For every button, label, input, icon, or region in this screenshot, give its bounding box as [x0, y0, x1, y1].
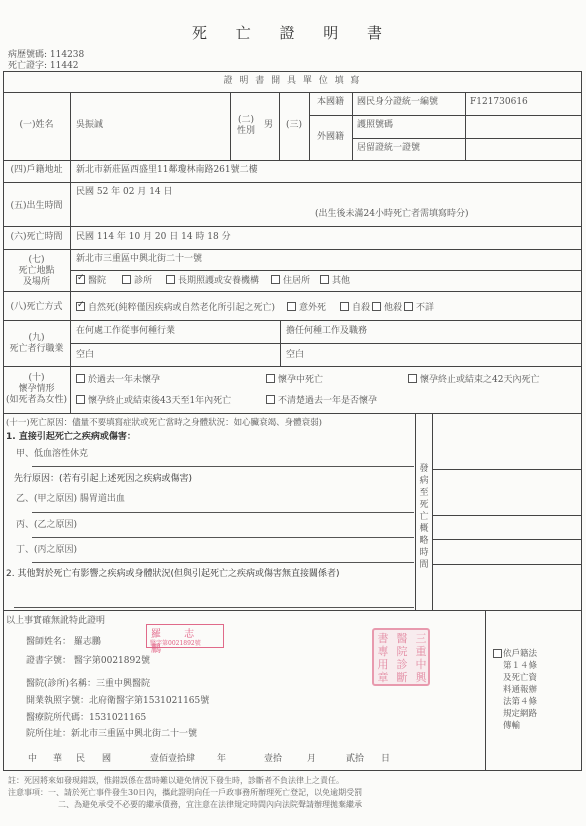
hospital-seal: 三 重 中 興 醫 院 診 斷 書 專 用 章	[372, 628, 430, 686]
national-id-value: F121730616	[470, 97, 528, 108]
cause-a-value: 低血溶性休克	[34, 449, 88, 460]
cause-c-value: (乙之原因)	[34, 520, 77, 531]
nationality-label: (三)	[279, 120, 309, 131]
checkbox[interactable]	[76, 374, 85, 383]
job-header: 擔任何種工作及職務	[286, 326, 367, 337]
checkbox[interactable]	[266, 374, 275, 383]
death-time-value: 民國 114 年 10 月 20 日 14 時 18 分	[76, 232, 231, 243]
pregnancy-option-within-42-days[interactable]: 懷孕終止或結束之42天內死亡	[408, 374, 539, 386]
sex-value: 男	[264, 120, 273, 131]
pregnancy-label-3: (如死者為女性)	[0, 395, 73, 406]
date-char-4: 國	[102, 754, 111, 765]
manner-option-accident[interactable]: 意外死	[287, 302, 326, 314]
footer-note-3: 二、為避免承受不必要的繼承債務，宜注意在法律規定時間內向法院聲請辦理拋棄繼承	[58, 800, 362, 810]
birth-label: (五)出生時間	[3, 201, 70, 212]
date-year-unit: 年	[217, 754, 226, 765]
residence-id-label: 居留證統一證號	[357, 143, 420, 154]
date-char-3: 民	[76, 754, 85, 765]
hospital-address: 院所住址：新北市三重區中興北街二十一號	[26, 729, 197, 740]
cause-direct-title: 1. 直接引起死亡之疾病或傷害：	[6, 432, 136, 443]
address-value: 新北市新莊區西盛里11鄰瓊林南路261號二樓	[76, 165, 258, 176]
checkbox[interactable]	[493, 649, 502, 658]
occupation-label-2: 死亡者行職業	[3, 344, 70, 355]
job-value: 空白	[286, 350, 304, 361]
hospital-code: 醫療院所代碼：1531021165	[26, 713, 146, 724]
pregnancy-option-unknown[interactable]: 不清楚過去一年是否懷孕	[266, 395, 377, 407]
checkbox[interactable]	[266, 395, 275, 404]
foreign-label: 外國籍	[309, 132, 352, 143]
cause-d-label: 丁、	[16, 545, 34, 556]
footer-note-2: 注意事項：一、請於死亡事件發生30日內，攜此證明向任一戶政事務所辦理死亡登記，以…	[8, 788, 362, 798]
sex-label-bottom: 性別	[237, 126, 255, 137]
checkbox[interactable]	[340, 302, 349, 311]
place-option-clinic[interactable]: 診所	[122, 275, 152, 287]
date-month: 壹拾	[264, 754, 282, 765]
death-time-label: (六)死亡時間	[3, 232, 70, 243]
date-day-unit: 日	[381, 754, 390, 765]
checkbox[interactable]	[166, 275, 175, 284]
checkbox[interactable]	[320, 275, 329, 284]
industry-header: 在何處工作從事何種行業	[76, 326, 175, 337]
industry-value: 空白	[76, 350, 94, 361]
place-option-care-facility[interactable]: 長期照護或安養機構	[166, 275, 259, 287]
occupation-label-1: (九)	[3, 333, 70, 344]
cause-b-value: (甲之原因) 腸胃道出血	[34, 494, 125, 505]
name-label: (一)姓名	[3, 120, 70, 131]
death-place-label-1: (七)	[3, 255, 70, 266]
hospital-name: 醫院(診所)名稱：三重中興醫院	[26, 679, 150, 690]
doctor-name: 醫師姓名： 羅志鵬	[26, 637, 101, 648]
certification-statement: 以上事實確無訛特此證明	[6, 616, 105, 627]
checkbox[interactable]	[76, 395, 85, 404]
place-option-hospital[interactable]: 醫院	[76, 275, 106, 287]
interval-label: 發病至死亡概略時間	[418, 463, 430, 571]
license-number: 證書字號： 醫字第0021892號	[26, 656, 150, 667]
cause-b-label: 乙、	[16, 494, 34, 505]
death-manner-label: (八)死亡方式	[3, 302, 70, 313]
national-id-label: 國民身分證統一編號	[357, 97, 438, 108]
manner-option-natural[interactable]: 自然死(純粹僅因疾病或自然老化所引起之死亡)	[76, 302, 275, 314]
business-license: 開業執照字號：北府衛醫字第1531021165號	[26, 696, 209, 707]
checkbox[interactable]	[287, 302, 296, 311]
checkbox[interactable]	[76, 302, 85, 311]
cause-c-label: 丙、	[16, 520, 34, 531]
cause-a-label: 甲、	[16, 449, 34, 460]
checkbox[interactable]	[271, 275, 280, 284]
doctor-stamp: 羅 志 鵬 醫字第0021892號	[146, 624, 224, 648]
cause-header: (十一)死亡原因：儘量不要填寫症狀或死亡當時之身體狀況：如心臟衰竭、身體衰弱)	[6, 418, 322, 429]
birth-note: (出生後未滿24小時死亡者需填寫時分)	[315, 209, 468, 220]
date-year: 壹佰壹拾肆	[150, 754, 195, 765]
death-cert-number: 死亡證字: 11442	[8, 58, 79, 71]
manner-option-homicide[interactable]: 他殺	[372, 302, 402, 314]
cause-other-title: 2. 其他對於死亡有影響之疾病或身體狀況(但與引起死亡之疾病或傷害無直接關係者)	[6, 569, 339, 580]
pregnancy-label-2: 懷孕情形	[3, 384, 70, 395]
cause-d-value: (丙之原因)	[34, 545, 77, 556]
death-place-address: 新北市三重區中興北街二十一號	[76, 254, 202, 265]
checkbox[interactable]	[122, 275, 131, 284]
address-label: (四)戶籍地址	[3, 165, 70, 176]
place-option-other[interactable]: 其他	[320, 275, 350, 287]
pregnancy-label-1: (十)	[3, 373, 70, 384]
passport-label: 護照號碼	[357, 120, 393, 131]
pregnancy-option-not-pregnant[interactable]: 於過去一年未懷孕	[76, 374, 160, 386]
pregnancy-option-during[interactable]: 懷孕中死亡	[266, 374, 323, 386]
birth-value: 民國 52 年 02 月 14 日	[76, 187, 173, 198]
checkbox[interactable]	[76, 275, 85, 284]
date-char-1: 中	[28, 754, 37, 765]
death-place-label-2: 死亡地點	[3, 266, 70, 277]
checkbox[interactable]	[372, 302, 381, 311]
sex-label-top: (二)	[238, 115, 254, 126]
footer-note-1: 註：死因將來如發現錯誤，惟錯誤係在當時難以避免情況下發生時，診斷者不負法律上之責…	[8, 776, 344, 786]
date-month-unit: 月	[307, 754, 316, 765]
checkbox[interactable]	[404, 302, 413, 311]
manner-option-suicide[interactable]: 自殺	[340, 302, 370, 314]
cause-antecedent-title: 先行原因：(若有引起上述死因之疾病或傷害)	[14, 474, 192, 485]
death-place-label-3: 及場所	[3, 277, 70, 288]
place-option-residence[interactable]: 住居所	[271, 275, 310, 287]
document-title: 死 亡 證 明 書	[0, 22, 586, 43]
checkbox[interactable]	[408, 374, 417, 383]
network-transmission-option[interactable]: 依戶籍法第１４條及死亡資料通報辦法第４條規定網路傳輸	[503, 648, 559, 732]
pregnancy-option-43-days-to-1-year[interactable]: 懷孕終止或結束後43天至1年內死亡	[76, 395, 231, 407]
name-value: 吳振誠	[76, 120, 103, 131]
section-header: 證 明 書 開 具 單 位 填 寫	[3, 76, 582, 87]
domestic-label: 本國籍	[309, 97, 352, 108]
date-char-2: 華	[53, 754, 62, 765]
manner-option-unknown[interactable]: 不詳	[404, 302, 434, 314]
date-day: 貳拾	[346, 754, 364, 765]
